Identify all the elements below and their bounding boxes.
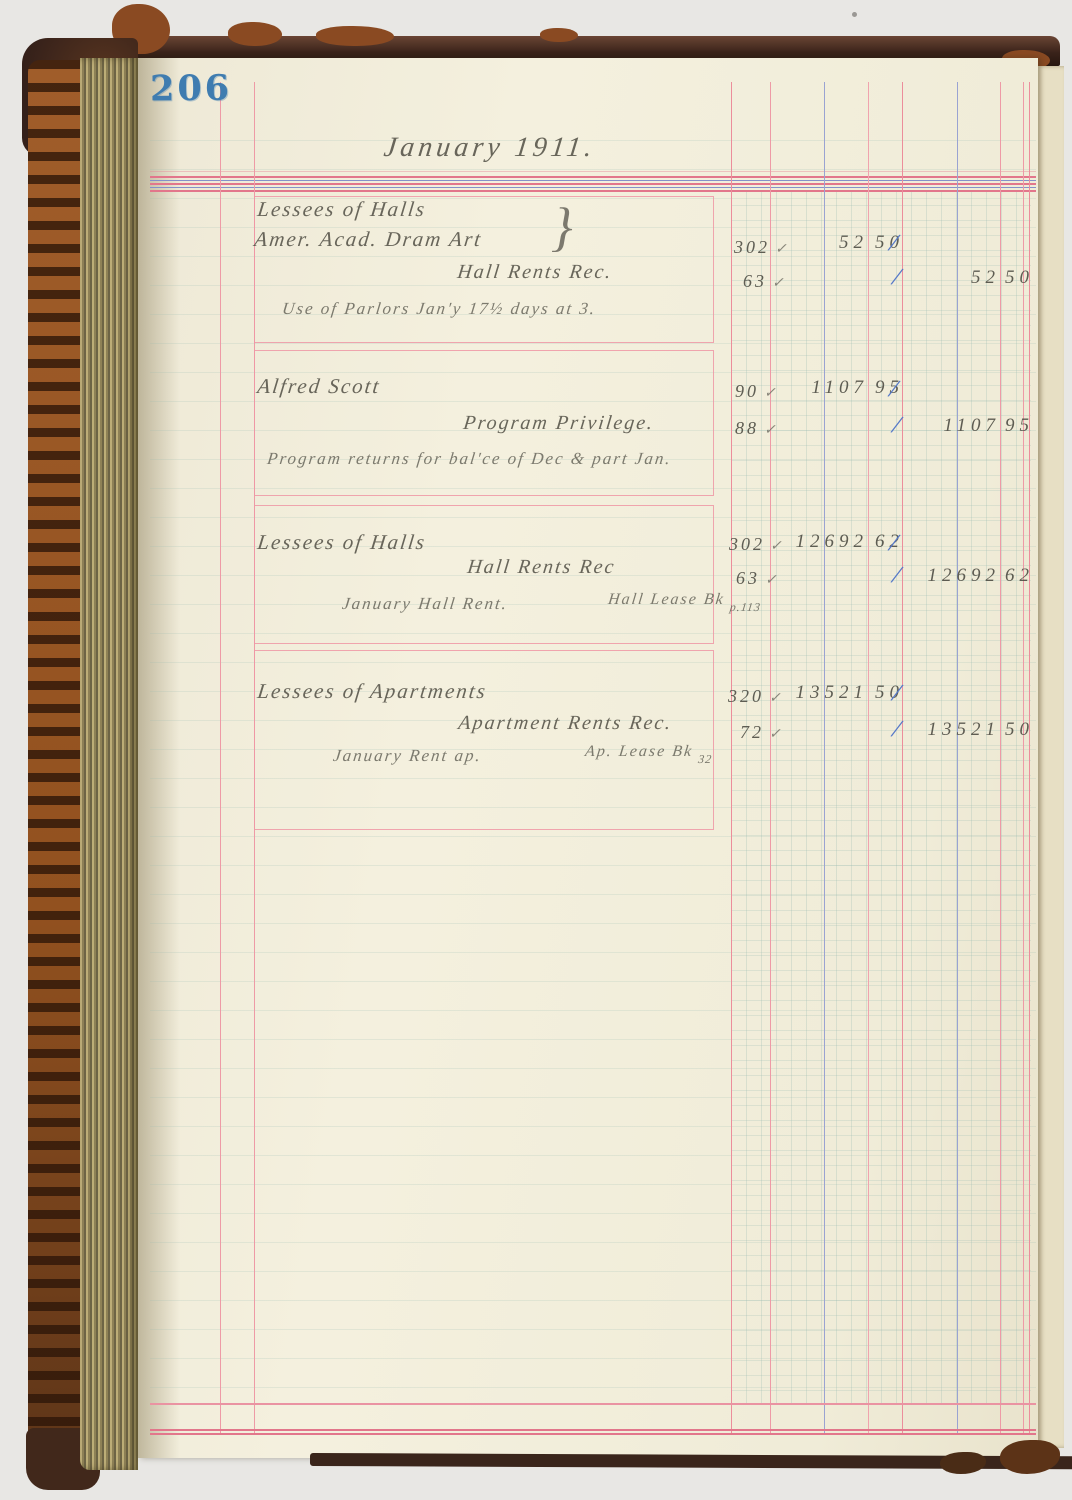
check-mark: ✓: [764, 423, 776, 438]
opposite-page-edge: [1038, 66, 1064, 1448]
lease-book-page-ref: 32: [697, 752, 713, 766]
header-rule: [150, 190, 1036, 192]
folio-number: 63: [736, 568, 760, 588]
credit-folio: 63✓: [736, 568, 777, 589]
torn-leather-tuft: [228, 22, 282, 46]
credit-account-name: Hall Rents Rec: [466, 556, 617, 579]
folio-column-rule: [731, 82, 732, 1434]
entry-memo: January Rent ap.: [332, 746, 483, 766]
footer-rule: [150, 1403, 1036, 1405]
torn-leather-bit: [940, 1452, 986, 1474]
amount-column-grid: [731, 190, 1031, 1403]
torn-leather-tuft: [540, 28, 578, 42]
lease-book-ref: Ap. Lease Bk: [584, 743, 694, 760]
credit-folio: 88✓: [735, 418, 776, 439]
torn-leather-tuft: [316, 26, 394, 46]
debit-account-name: Lessees of Halls: [256, 530, 428, 555]
footer-rule: [150, 1429, 1036, 1431]
background-speck: [852, 12, 857, 17]
footer-rule: [150, 1433, 1036, 1435]
credit-account-name: Hall Rents Rec.: [456, 261, 614, 284]
check-mark: ✓: [765, 573, 777, 588]
header-rule: [150, 171, 1036, 172]
check-mark: ✓: [772, 276, 784, 291]
debit-account-name: Lessees of Apartments: [256, 679, 489, 704]
debit-account-name-line2: Amer. Acad. Dram Art: [253, 227, 484, 252]
credit-account-name: Apartment Rents Rec.: [457, 712, 674, 735]
debit-amount-dollars: 13521: [750, 682, 868, 704]
folio-number: 63: [743, 271, 767, 291]
debit-amount-dollars: 52: [750, 232, 868, 254]
credit-amount-dollars: 52: [874, 267, 1000, 289]
ledger-book-photo: 206 January 1911. Lessees of Halls Amer.…: [0, 0, 1072, 1500]
gilt-page-edges: [80, 58, 138, 1470]
book-spine: [28, 60, 82, 1480]
header-rule: [150, 180, 1036, 181]
check-mark: ✓: [769, 727, 781, 742]
credit-folio: 63✓: [743, 271, 784, 292]
journal-entry-box-4: [254, 650, 714, 830]
entry-memo: Program returns for bal'ce of Dec & part…: [266, 449, 673, 469]
header-rule: [150, 176, 1036, 178]
credit-amount-dollars: 13521: [874, 719, 1000, 741]
page-number-stamp: 206: [150, 68, 232, 110]
credit-folio: 72✓: [740, 722, 781, 743]
credit-amount-dollars: 12692: [874, 565, 1000, 587]
folio-number: 72: [740, 722, 764, 742]
debit-column-blue-rule: [824, 82, 825, 1434]
lease-book-page-ref: p.113: [729, 600, 762, 614]
debit-account-name: Alfred Scott: [256, 374, 382, 399]
entry-memo: January Hall Rent.: [341, 594, 509, 614]
credit-amount-cents: 62: [1005, 565, 1034, 587]
debit-account-name: Lessees of Halls: [256, 197, 428, 222]
debit-amount-dollars: 1107: [750, 377, 868, 399]
header-rule: [150, 187, 1036, 188]
credit-amount-dollars: 1107: [874, 415, 1000, 437]
credit-amount-cents: 50: [1005, 719, 1034, 741]
credit-account-name: Program Privilege.: [462, 412, 656, 435]
credit-amount-cents: 50: [1005, 267, 1034, 289]
brace-mark: }: [551, 196, 573, 258]
folio-number: 88: [735, 418, 759, 438]
lease-book-ref: Hall Lease Bk: [607, 591, 726, 608]
margin-rule: [220, 82, 221, 1434]
page-title: January 1911.: [382, 132, 598, 164]
debit-amount-dollars: 12692: [750, 531, 868, 553]
debit-cents-rule: [868, 82, 869, 1434]
header-rule: [150, 183, 1036, 185]
credit-amount-cents: 95: [1005, 415, 1034, 437]
entry-memo: Use of Parlors Jan'y 17½ days at 3.: [281, 299, 597, 319]
credit-cents-rule: [1000, 82, 1001, 1434]
entry-memo-reference: Ap. Lease Bk 32: [584, 743, 714, 761]
entry-memo-reference: Hall Lease Bk p.113: [607, 591, 763, 609]
